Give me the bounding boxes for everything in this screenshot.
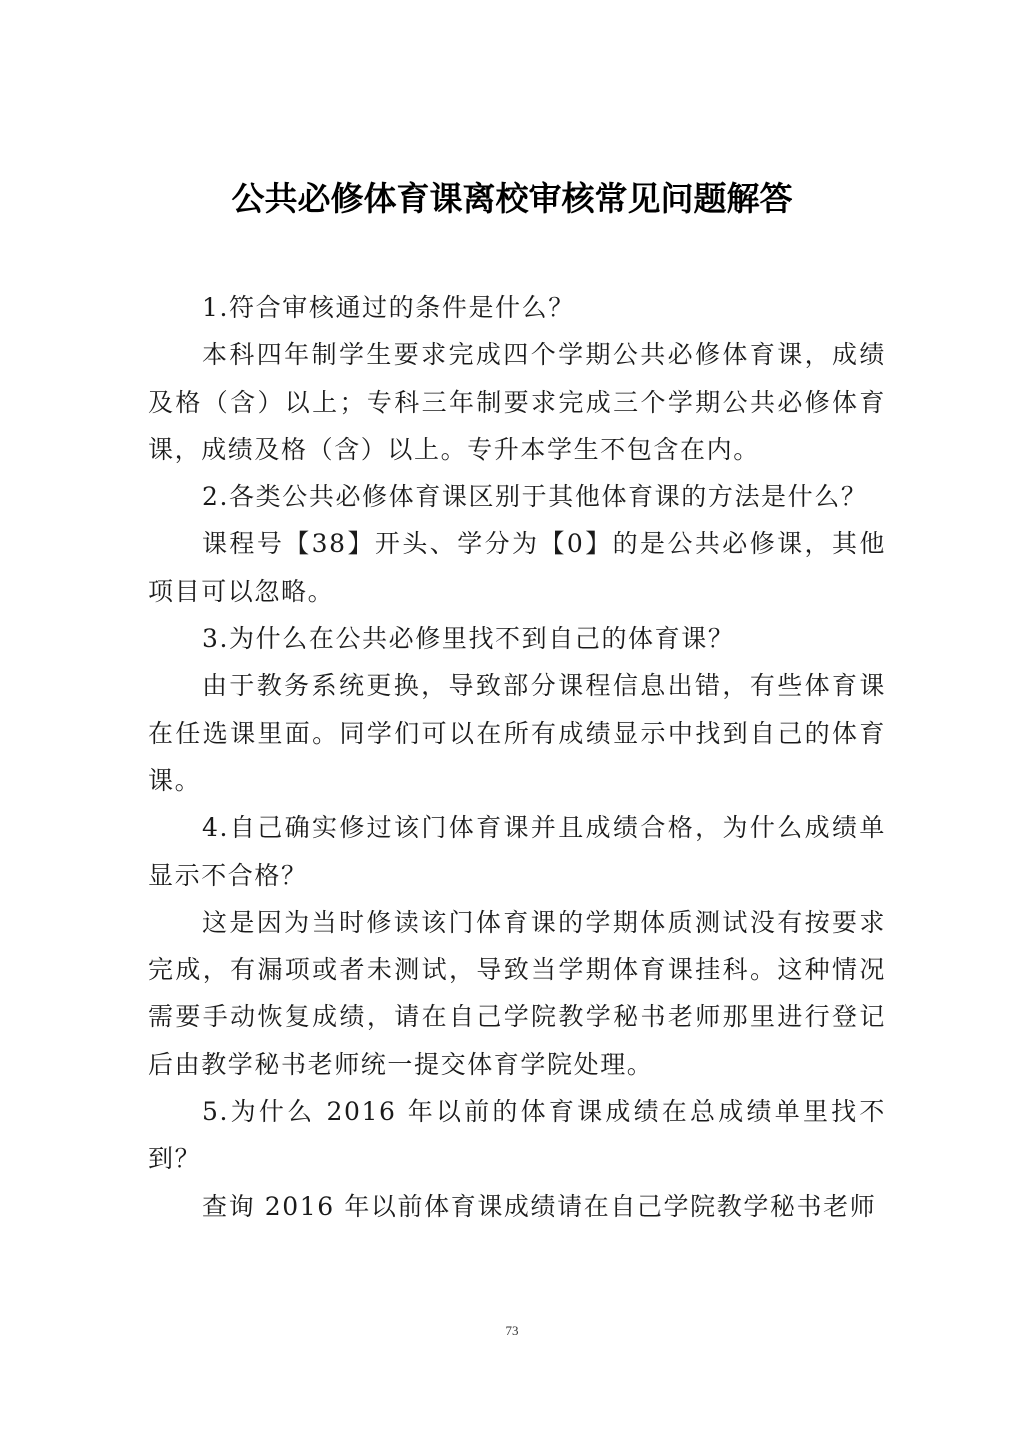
question-2: 2.各类公共必修体育课区别于其他体育课的方法是什么？ <box>148 473 886 520</box>
answer-1: 本科四年制学生要求完成四个学期公共必修体育课，成绩及格（含）以上；专科三年制要求… <box>148 331 886 473</box>
answer-5: 查询 2016 年以前体育课成绩请在自己学院教学秘书老师 <box>148 1183 886 1230</box>
question-3: 3.为什么在公共必修里找不到自己的体育课？ <box>148 615 886 662</box>
question-4: 4.自己确实修过该门体育课并且成绩合格，为什么成绩单显示不合格？ <box>148 804 886 899</box>
question-5: 5.为什么 2016 年以前的体育课成绩在总成绩单里找不到？ <box>148 1088 886 1183</box>
document-body: 1.符合审核通过的条件是什么？ 本科四年制学生要求完成四个学期公共必修体育课，成… <box>148 284 886 1230</box>
question-1: 1.符合审核通过的条件是什么？ <box>148 284 886 331</box>
answer-2: 课程号【38】开头、学分为【0】的是公共必修课，其他项目可以忽略。 <box>148 520 886 615</box>
page-number: 73 <box>0 1323 1024 1339</box>
answer-3: 由于教务系统更换，导致部分课程信息出错，有些体育课在任选课里面。同学们可以在所有… <box>148 662 886 804</box>
answer-4: 这是因为当时修读该门体育课的学期体质测试没有按要求完成，有漏项或者未测试，导致当… <box>148 899 886 1088</box>
page-title: 公共必修体育课离校审核常见问题解答 <box>0 174 1024 224</box>
